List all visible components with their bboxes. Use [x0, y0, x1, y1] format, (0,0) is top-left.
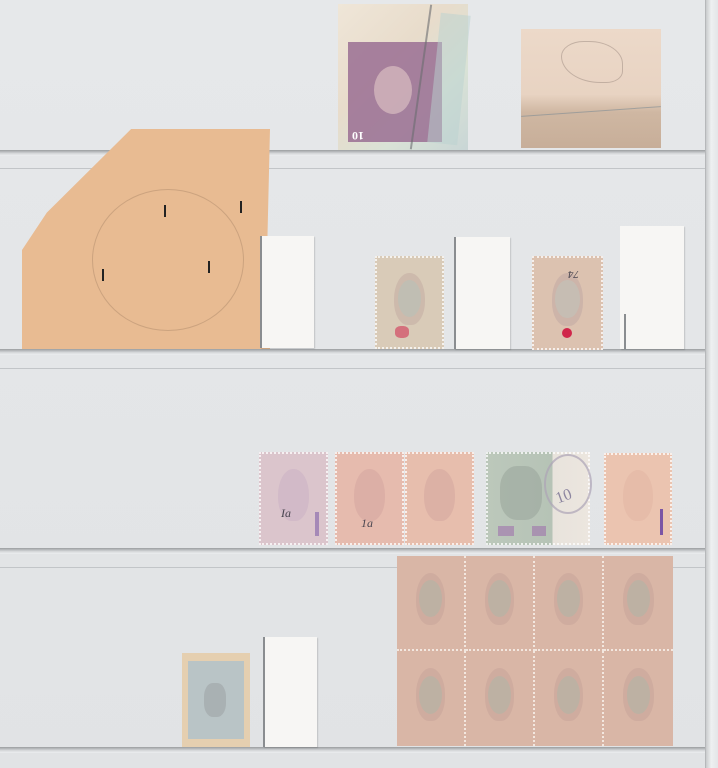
- block-stamp: [466, 651, 535, 746]
- blank-card-3[interactable]: [620, 226, 684, 349]
- block-of-eight[interactable]: [397, 556, 673, 746]
- overprint-mark: [102, 269, 104, 281]
- blue-imperf-stamp[interactable]: [182, 653, 250, 747]
- trident-stamp-1[interactable]: [375, 256, 444, 349]
- block-stamp: [466, 556, 535, 651]
- map-fragment[interactable]: [521, 29, 661, 148]
- pink-pair-right[interactable]: [405, 452, 474, 545]
- strip-4-bottom: [0, 747, 705, 753]
- paper-fragment[interactable]: [22, 129, 270, 349]
- strip-3-top: [0, 368, 705, 369]
- pink-pair-left[interactable]: 1a: [335, 452, 404, 545]
- orange-stamp[interactable]: [604, 453, 672, 545]
- block-stamp: [535, 556, 604, 651]
- pencil-note: 74: [568, 268, 579, 280]
- blank-card-2[interactable]: [454, 237, 510, 349]
- trident-stamp-2[interactable]: 74: [532, 256, 603, 350]
- overprint-mark: [240, 201, 242, 213]
- value-numeral: 10: [352, 128, 364, 143]
- pencil-note: 1a: [361, 516, 373, 531]
- blank-card-1[interactable]: [260, 236, 314, 348]
- overprint-mark: [208, 261, 210, 273]
- lilac-stamp[interactable]: Ia: [259, 452, 328, 545]
- stock-page: 10 74 Ia 1a: [0, 0, 705, 768]
- block-stamp: [397, 556, 466, 651]
- overprint-mark: [164, 205, 166, 217]
- block-stamp: [535, 651, 604, 746]
- block-stamp: [604, 556, 673, 651]
- green-stamp-with-tab[interactable]: 10: [486, 452, 590, 545]
- page-binding-edge: [705, 0, 718, 768]
- map-back-stamp[interactable]: 10: [338, 4, 468, 150]
- block-stamp: [604, 651, 673, 746]
- pencil-note: Ia: [281, 506, 291, 521]
- block-stamp: [397, 651, 466, 746]
- blank-card-4[interactable]: [263, 637, 317, 747]
- strip-3-bottom: [0, 548, 705, 554]
